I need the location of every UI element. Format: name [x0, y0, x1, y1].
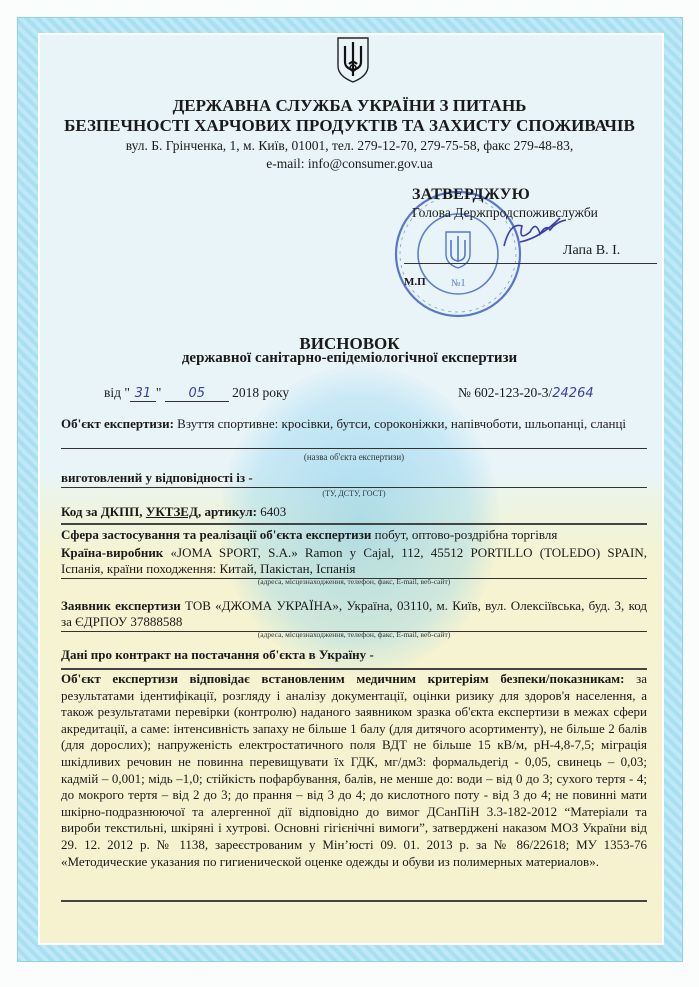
document-date: від "31" 05 2018 року: [104, 385, 289, 402]
date-quote: ": [156, 385, 162, 400]
manufactured-value: -: [245, 470, 253, 485]
divider: [61, 448, 647, 449]
manufactured-field: виготовлений у відповідності із -: [61, 470, 647, 486]
signature-icon: [500, 212, 570, 252]
scope-value: побут, оптово-роздрібна торгівля: [371, 527, 557, 542]
conformity-label: Об'єкт експертизи відповідає встановлени…: [61, 671, 624, 686]
document-number: № 602-123-20-3/24264: [458, 385, 594, 401]
applicant-field: Заявник експертизи ТОВ «ДЖОМА УКРАЇНА», …: [61, 598, 647, 630]
country-label: Країна-виробник: [61, 545, 163, 560]
manufactured-label: виготовлений у відповідності із: [61, 470, 245, 485]
divider: [61, 523, 647, 525]
signature-line: [404, 263, 657, 264]
code-field: Код за ДКПП, УКТЗЕД, артикул: 6403: [61, 504, 647, 520]
object-label: Об'єкт експертизи:: [61, 416, 174, 431]
conformity-field: Об'єкт експертизи відповідає встановлени…: [61, 671, 647, 870]
country-caption: (адреса, місцезнаходження, телефон, факс…: [61, 577, 647, 586]
divider: [61, 487, 647, 488]
code-label-article: , артикул:: [198, 504, 257, 519]
manufactured-caption: (ТУ, ДСТУ, ГОСТ): [61, 489, 647, 498]
org-email: e-mail: info@consumer.gov.ua: [0, 156, 699, 172]
approval-label: ЗАТВЕРДЖУЮ: [412, 186, 530, 204]
document-subtitle: державної санітарно-епідеміологічної екс…: [0, 350, 699, 367]
applicant-label: Заявник експертизи: [61, 598, 181, 613]
object-field: Об'єкт експертизи: Взуття спортивне: кро…: [61, 416, 647, 432]
date-prefix: від ": [104, 385, 130, 400]
scope-label: Сфера застосування та реалізації об'єкта…: [61, 527, 371, 542]
approver-name: Лапа В. І.: [563, 243, 620, 259]
contract-value: -: [366, 647, 374, 662]
code-label-uktzed: УКТЗЕД: [146, 504, 198, 519]
code-label: Код за ДКПП,: [61, 504, 146, 519]
trident-coat-of-arms-icon: [336, 36, 370, 84]
divider: [61, 900, 647, 902]
divider: [61, 668, 647, 670]
object-caption: (назва об'єкта експертизи): [61, 452, 647, 462]
applicant-caption: (адреса, місцезнаходження, телефон, факс…: [61, 630, 647, 639]
conformity-value: за результатами ідентифікації, розгляду …: [61, 671, 647, 869]
seal-place-label: М.П: [404, 276, 426, 288]
country-field: Країна-виробник «JOMA SPORT, S.A.» Ramon…: [61, 545, 647, 577]
svg-text:№1: №1: [451, 278, 466, 289]
contract-label: Дані про контракт на постачання об'єкта …: [61, 647, 366, 662]
scope-field: Сфера застосування та реалізації об'єкта…: [61, 527, 647, 543]
date-day: 31: [130, 386, 156, 402]
contract-field: Дані про контракт на постачання об'єкта …: [61, 647, 647, 663]
date-year: 2018 року: [232, 385, 289, 400]
object-value: Взуття спортивне: кросівки, бутси, сорок…: [174, 416, 626, 431]
document-number-handwritten: 24264: [552, 386, 593, 401]
org-name-line2: БЕЗПЕЧНОСТІ ХАРЧОВИХ ПРОДУКТІВ ТА ЗАХИСТ…: [0, 116, 699, 136]
code-value: 6403: [257, 504, 286, 519]
document-number-prefix: № 602-123-20-3/: [458, 385, 552, 400]
org-address: вул. Б. Грінченка, 1, м. Київ, 01001, те…: [0, 138, 699, 154]
date-month: 05: [165, 386, 229, 402]
org-name-line1: ДЕРЖАВНА СЛУЖБА УКРАЇНИ З ПИТАНЬ: [0, 96, 699, 116]
